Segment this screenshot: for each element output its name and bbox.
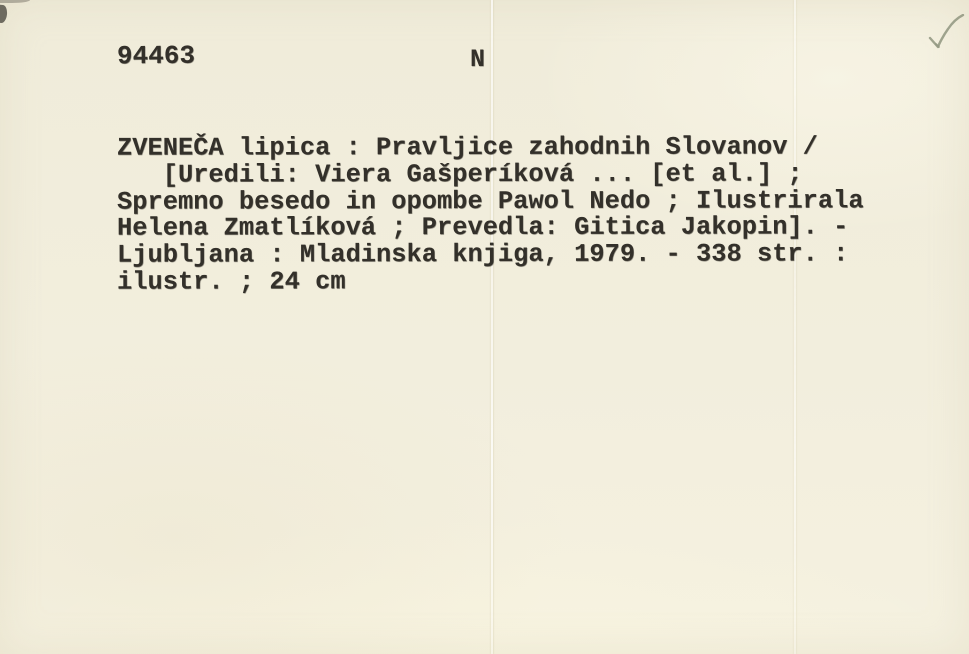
catalog-entry-body: ZVENEČA lipica : Pravljice zahodnih Slov… xyxy=(117,135,864,296)
accession-number: 94463 xyxy=(117,41,195,72)
card-crease-line xyxy=(794,0,796,654)
catalog-line-editors: [Uredili: Viera Gašperíková ... [et al.]… xyxy=(117,161,864,189)
pen-checkmark-icon xyxy=(926,14,968,54)
catalog-line-title: ZVENEČA lipica : Pravljice zahodnih Slov… xyxy=(117,134,864,162)
catalog-line-imprint: Ljubljana : Mladinska knjiga, 1979. - 33… xyxy=(117,242,864,270)
library-catalog-card: 94463 N ZVENEČA lipica : Pravljice zahod… xyxy=(0,0,969,654)
scan-edge-smudge xyxy=(0,0,30,3)
catalog-line-collation: ilustr. ; 24 cm xyxy=(117,268,864,296)
card-crease-line xyxy=(491,0,493,654)
heading-letter: N xyxy=(470,45,485,74)
scan-edge-smudge xyxy=(0,5,8,24)
